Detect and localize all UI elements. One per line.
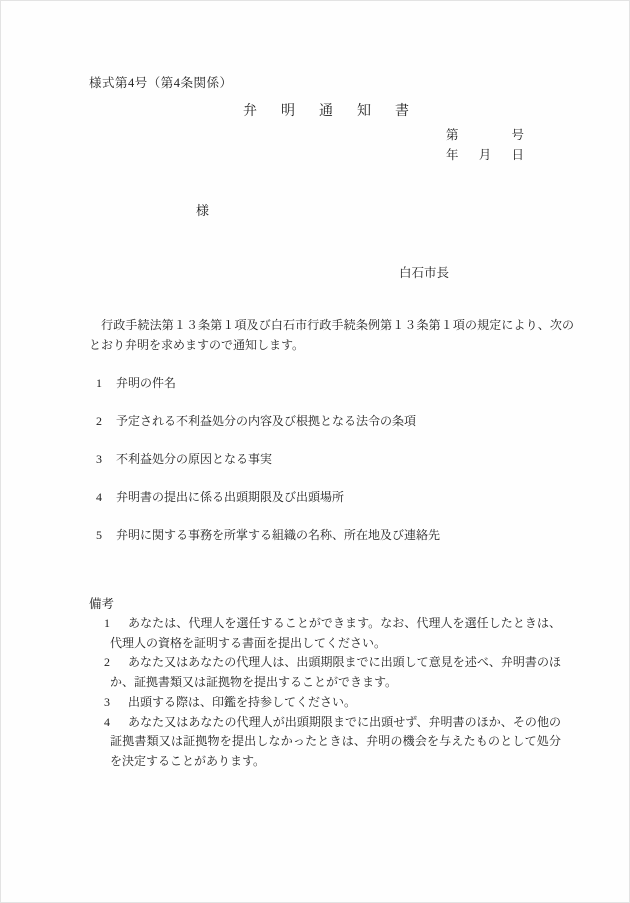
document-title: 弁明通知書 bbox=[243, 102, 433, 122]
date-day-label: 日 bbox=[511, 146, 524, 164]
remarks-list: 1あなたは、代理人を選任することができます。なお、代理人を選任したときは、代理人… bbox=[110, 614, 561, 772]
item-number: 1 bbox=[96, 375, 116, 391]
form-number-label: 様式第4号（第4条関係） bbox=[89, 74, 233, 92]
sender-name: 白石市長 bbox=[399, 264, 449, 282]
document-date-line: 年 月 日 bbox=[446, 146, 524, 164]
date-month-label: 月 bbox=[479, 146, 492, 164]
list-item: 2予定される不利益処分の内容及び根拠となる法令の条項 bbox=[96, 413, 416, 429]
document-number-prefix: 第 bbox=[446, 126, 459, 144]
remark-text: あなたは、代理人を選任することができます。なお、代理人を選任したときは、代理人の… bbox=[110, 616, 561, 650]
remarks-heading: 備考 bbox=[89, 595, 114, 613]
remark-number: 2 bbox=[104, 653, 128, 673]
item-number: 2 bbox=[96, 413, 116, 429]
date-year-label: 年 bbox=[446, 146, 459, 164]
remark-item: 4あなた又はあなたの代理人が出頭期限までに出頭せず、弁明書のほか、その他の証拠書… bbox=[110, 713, 561, 772]
body-paragraph: 行政手続法第１３条第１項及び白石市行政手続条例第１３条第１項の規定により、次のと… bbox=[89, 315, 574, 355]
item-text: 弁明に関する事務を所掌する組織の名称、所在地及び連絡先 bbox=[116, 528, 440, 542]
remark-text: あなた又はあなたの代理人は、出頭期限までに出頭して意見を述べ、弁明書のほか、証拠… bbox=[110, 655, 561, 689]
remark-text: 出頭する際は、印鑑を持参してください。 bbox=[128, 695, 356, 709]
list-item: 1弁明の件名 bbox=[96, 375, 176, 391]
list-item: 5弁明に関する事務を所掌する組織の名称、所在地及び連絡先 bbox=[96, 527, 440, 543]
item-number: 3 bbox=[96, 451, 116, 467]
remark-number: 3 bbox=[104, 693, 128, 713]
item-text: 予定される不利益処分の内容及び根拠となる法令の条項 bbox=[116, 414, 416, 428]
remark-number: 1 bbox=[104, 614, 128, 634]
list-item: 4弁明書の提出に係る出頭期限及び出頭場所 bbox=[96, 489, 344, 505]
item-text: 弁明の件名 bbox=[116, 376, 176, 390]
remark-item: 1あなたは、代理人を選任することができます。なお、代理人を選任したときは、代理人… bbox=[110, 614, 561, 653]
document-number-line: 第 号 bbox=[446, 126, 524, 144]
item-text: 弁明書の提出に係る出頭期限及び出頭場所 bbox=[116, 490, 344, 504]
item-number: 4 bbox=[96, 489, 116, 505]
item-text: 不利益処分の原因となる事実 bbox=[116, 452, 272, 466]
document-page: 様式第4号（第4条関係） 弁明通知書 第 号 年 月 日 様 白石市長 行政手続… bbox=[0, 0, 630, 903]
item-number: 5 bbox=[96, 527, 116, 543]
addressee-honorific: 様 bbox=[196, 202, 209, 220]
remark-number: 4 bbox=[104, 713, 128, 733]
remark-item: 3出頭する際は、印鑑を持参してください。 bbox=[110, 693, 561, 713]
remark-item: 2あなた又はあなたの代理人は、出頭期限までに出頭して意見を述べ、弁明書のほか、証… bbox=[110, 653, 561, 692]
list-item: 3不利益処分の原因となる事実 bbox=[96, 451, 272, 467]
document-number-suffix: 号 bbox=[511, 126, 524, 144]
remark-text: あなた又はあなたの代理人が出頭期限までに出頭せず、弁明書のほか、その他の証拠書類… bbox=[110, 715, 561, 768]
